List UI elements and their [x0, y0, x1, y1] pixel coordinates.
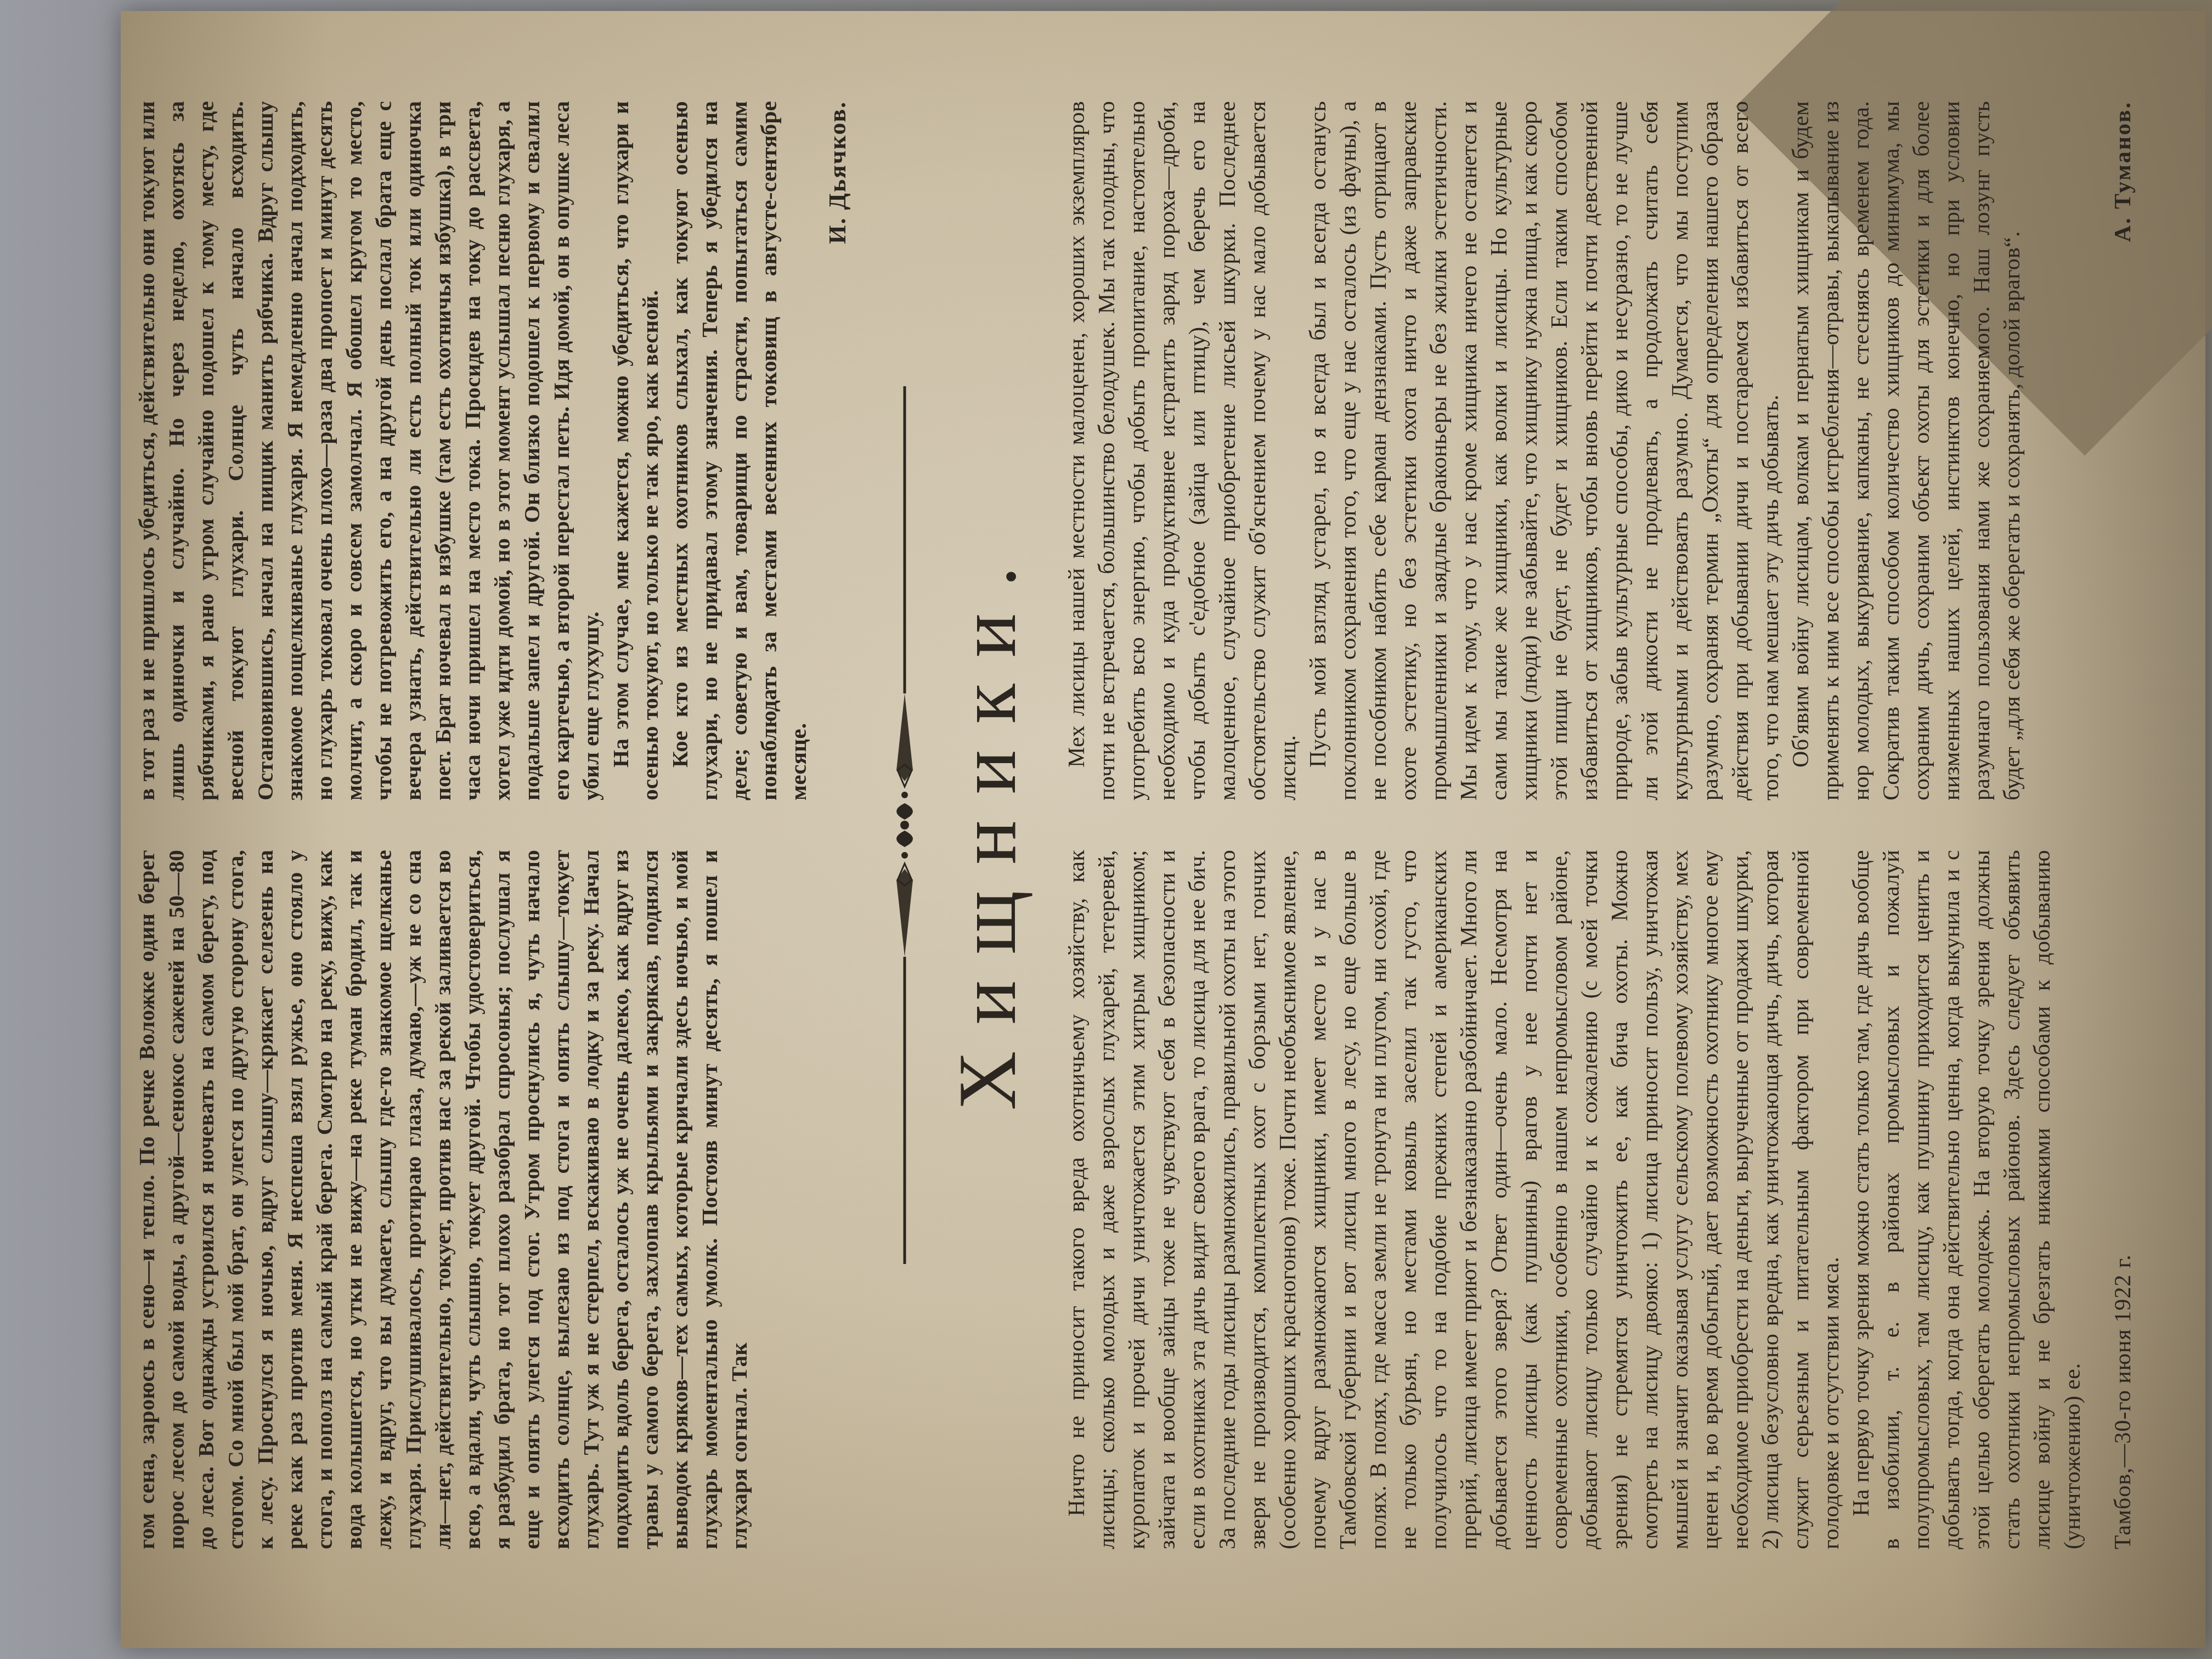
article-title: Хищники.: [940, 101, 1035, 1549]
paragraph: Ничто не приносит такого вреда охотничье…: [1062, 850, 1847, 1549]
paragraph: Пусть мой взгляд устарел, но я всегда бы…: [1304, 101, 1786, 800]
paragraph: Мех лисицы нашей местности малоценен, хо…: [1062, 101, 1304, 800]
article-predators: Хищники. Ничто не приносит такого вреда …: [940, 101, 2136, 1549]
article-footer: Тамбов,—30-го июня 1922 г. А. Туманов.: [2110, 101, 2136, 1549]
ornamental-divider-icon: [880, 101, 929, 1549]
article-column-2: Мех лисицы нашей местности малоценен, хо…: [1062, 101, 2088, 800]
paragraph: На этом случае, мне кажется, можно убеди…: [606, 101, 665, 800]
paragraph: Кое кто из местных охотников слыхал, как…: [665, 101, 813, 800]
previous-article-column-2: в тот раз и не пришлось убедиться, дейст…: [132, 101, 853, 800]
page-content: гом сена, зароюсь в сено—и тепло. По реч…: [132, 101, 2136, 1549]
rotated-page: гом сена, зароюсь в сено—и тепло. По реч…: [0, 0, 2212, 1659]
paragraph: На первую точку зрения можно стать тольк…: [1847, 850, 2088, 1549]
paragraph: гом сена, зароюсь в сено—и тепло. По реч…: [132, 850, 754, 1549]
paragraph: Об'явим войну лисицам, волкам и пернатым…: [1786, 101, 2028, 800]
article-column-1: Ничто не приносит такого вреда охотничье…: [1062, 850, 2088, 1549]
previous-article: гом сена, зароюсь в сено—и тепло. По реч…: [132, 101, 853, 1549]
place-and-date: Тамбов,—30-го июня 1922 г.: [2110, 1254, 2136, 1549]
previous-article-author: И. Дьячков.: [823, 101, 853, 800]
previous-article-column-1: гом сена, зароюсь в сено—и тепло. По реч…: [132, 850, 853, 1549]
paragraph: в тот раз и не пришлось убедиться, дейст…: [132, 101, 606, 800]
article-author: А. Туманов.: [2110, 101, 2136, 242]
